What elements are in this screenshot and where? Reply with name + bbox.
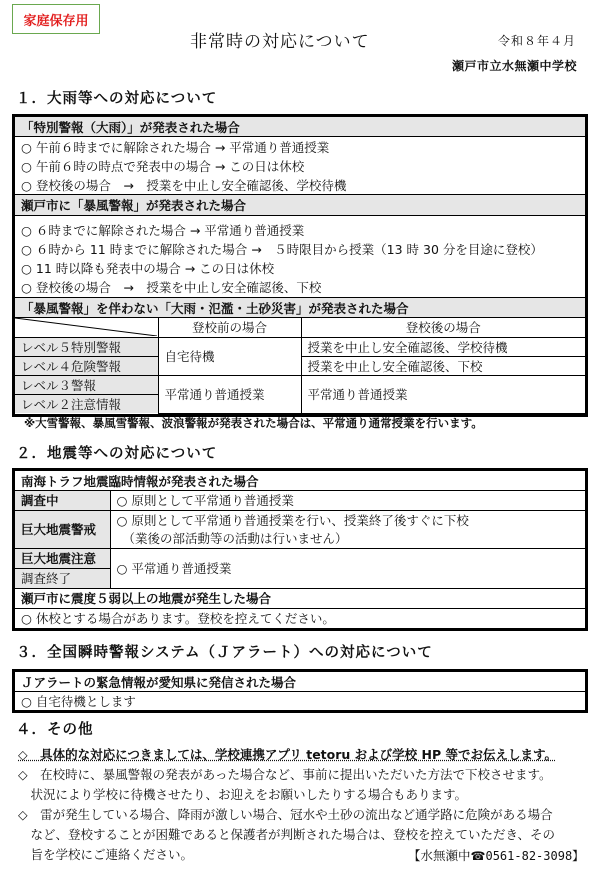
diagonal-header-cell [15,318,158,337]
after-school-cell: 授業を中止し安全確認後、下校 [301,356,585,375]
storm-warning-item: ○ ６時から 11 時までに解除された場合 → ５時限目から授業（13 時 30… [15,239,585,258]
other-line: 状況により学校に待機させたり、お迎えをお願いしたりする場合もあります。 [18,785,467,803]
nankai-table: 調査中 ○ 原則として平常通り普通授業 巨大地震警戒 ○ 原則として平常通り普通… [15,491,585,589]
nankai-title: 南海トラフ地震臨時情報が発表された場合 [15,471,585,491]
level-label: レベル３警報 [15,375,158,394]
household-keep-stamp: 家庭保存用 [12,4,100,34]
phone-number[interactable]: 0561-82-3098】 [485,849,584,863]
col-before-school: 登校前の場合 [158,318,301,337]
status-label: 巨大地震注意 [15,548,110,568]
level-label: レベル５特別警報 [15,337,158,356]
jalert-action: ○ 自宅待機とします [15,692,585,710]
after-school-cell: 授業を中止し安全確認後、学校待機 [301,337,585,356]
quake-title: 瀬戸市に震度５弱以上の地震が発生した場合 [15,589,585,609]
section3-heading: ３．全国瞬時警報システム（Ｊアラート）への対応について [16,641,433,662]
section4-heading: ４．その他 [16,718,94,739]
status-action: ○ 平常通り普通授業 [110,548,585,588]
special-warning-title: 「特別警報（大雨）」が発表された場合 [15,117,585,137]
quake-action: ○ 休校とする場合があります。登校を控えてください。 [15,609,585,628]
col-after-school: 登校後の場合 [301,318,585,337]
other-line: ◇ 雷が発生している場合、降雨が激しい場合、冠水や土砂の流出など通学路に危険があ… [18,805,553,823]
status-label: 調査中 [15,491,110,510]
special-warning-item: ○ 午前６時の時点で発表中の場合 → この日は休校 [15,156,585,175]
jalert-title: Ｊアラートの緊急情報が愛知県に発信された場合 [15,672,585,692]
special-warning-item: ○ 登校後の場合 → 授業を中止し安全確認後、学校待機 [15,175,585,195]
status-action-line: ○ 原則として平常通り普通授業を行い、授業終了後すぐに下校 [117,511,586,529]
special-warning-item: ○ 午前６時までに解除された場合 → 平常通り普通授業 [15,137,585,156]
other-line: ◇ 具体的な対応につきましては、学校連携アプリ tetoru および学校 HP … [18,745,557,763]
jalert-box: Ｊアラートの緊急情報が愛知県に発信された場合 ○ 自宅待機とします [12,669,588,713]
earthquake-box: 南海トラフ地震臨時情報が発表された場合 調査中 ○ 原則として平常通り普通授業 … [12,468,588,631]
heavy-rain-box: 「特別警報（大雨）」が発表された場合 ○ 午前６時までに解除された場合 → 平常… [12,114,588,417]
level-label: レベル２注意情報 [15,394,158,413]
status-label: 巨大地震警戒 [15,510,110,548]
no-storm-title: 「暴風警報」を伴わない「大雨・氾濫・土砂災害」が発表された場合 [15,298,585,318]
storm-warning-item: ○ ６時までに解除された場合 → 平常通り普通授業 [15,220,585,239]
section2-heading: ２．地震等への対応について [16,442,217,463]
tetoru-notice: ◇ 具体的な対応につきましては、学校連携アプリ tetoru および学校 HP … [18,747,557,762]
status-label: 調査終了 [15,568,110,588]
snow-note: ※大雪警報、暴風雪警報、波浪警報が発表された場合は、平常通り通常授業を行います。 [24,415,483,431]
storm-warning-item: ○ 11 時以降も発表中の場合 → この日は休校 [15,258,585,277]
other-line: 旨を学校にご連絡ください。 [18,845,193,863]
status-action: ○ 原則として平常通り普通授業を行い、授業終了後すぐに下校 （業後の部活動等の活… [110,510,585,548]
other-line: ◇ 在校時に、暴風警報の発表があった場合など、事前に提出いただいた方法で下校させ… [18,765,552,783]
after-school-cell: 平常通り普通授業 [301,375,585,413]
phone-icon: ☎ [471,849,486,863]
storm-warning-item: ○ 登校後の場合 → 授業を中止し安全確認後、下校 [15,277,585,298]
school-name: 瀬戸市立水無瀬中学校 [452,57,577,74]
contact-label: 【水無瀬中 [408,848,471,863]
level-label: レベル４危険警報 [15,356,158,375]
before-school-cell: 平常通り普通授業 [158,375,301,413]
warning-level-table: 登校前の場合 登校後の場合 レベル５特別警報 自宅待機 授業を中止し安全確認後、… [15,318,585,414]
issue-date: 令和８年４月 [498,32,576,49]
status-action: ○ 原則として平常通り普通授業 [110,491,585,510]
storm-warning-title: 瀬戸市に「暴風警報」が発表された場合 [15,195,585,216]
other-line: など、登校することが困難であると保護者が判断された場合は、登校を控えていただき、… [18,825,555,843]
page-title: 非常時の対応について [190,27,370,52]
section1-heading: １．大雨等への対応について [16,87,217,108]
school-contact: 【水無瀬中☎0561-82-3098】 [408,846,584,864]
before-school-cell: 自宅待機 [158,337,301,375]
status-action-line: （業後の部活動等の活動は行いません） [117,529,586,547]
